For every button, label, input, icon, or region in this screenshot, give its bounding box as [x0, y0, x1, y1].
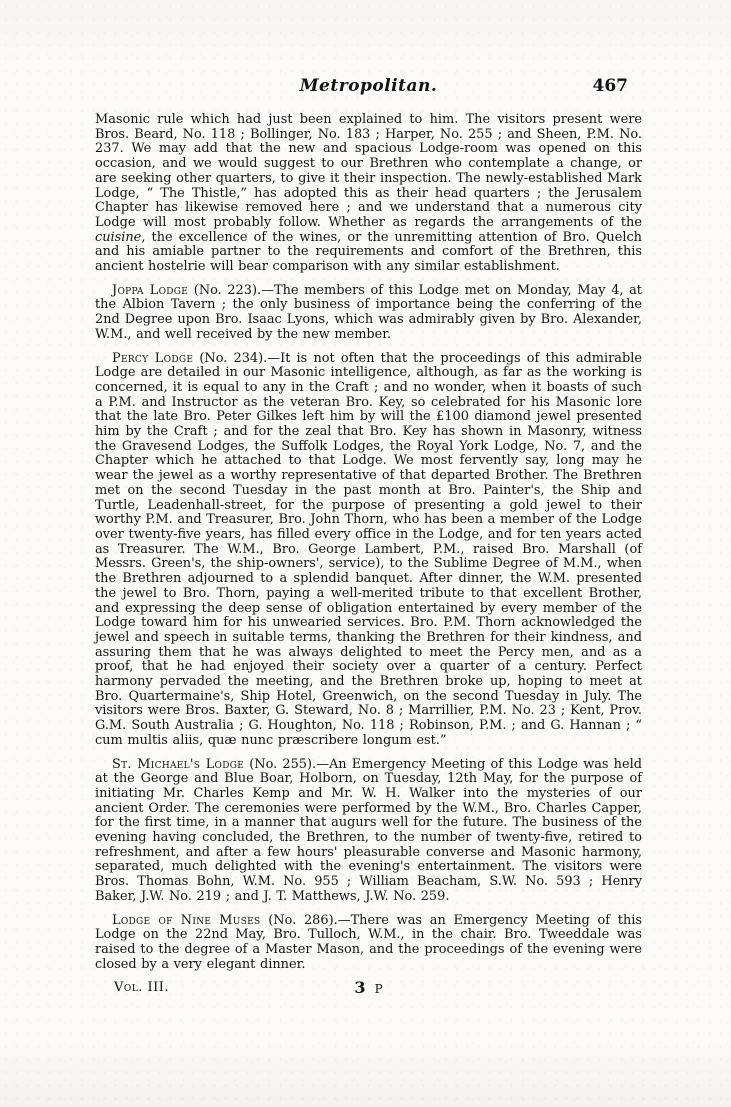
italic-text: cuisine — [95, 230, 141, 245]
paragraph: St. Michael's Lodge (No. 255).—An Emerge… — [95, 758, 642, 905]
page-body: Masonic rule which had just been explain… — [95, 113, 642, 972]
lodge-name: Joppa Lodge — [112, 283, 188, 298]
lodge-name: St. Michael's Lodge — [112, 757, 244, 772]
running-header: Metropolitan. 467 — [95, 76, 642, 98]
page-number: 467 — [593, 76, 629, 96]
text-run: Masonic rule which had just been explain… — [95, 112, 642, 230]
page-title: Metropolitan. — [95, 76, 642, 96]
signature-mark: 3 P — [95, 978, 642, 997]
paragraph: Lodge of Nine Muses (No. 286).—There was… — [95, 914, 642, 973]
document-page: Metropolitan. 467 Masonic rule which had… — [0, 0, 731, 1107]
page-footer: Vol. III. 3 P — [95, 978, 642, 998]
paragraph: Joppa Lodge (No. 223).—The members of th… — [95, 284, 642, 343]
text-run: (No. 234).—It is not often that the proc… — [95, 351, 642, 748]
lodge-name: Lodge of Nine Muses — [112, 913, 261, 928]
paragraph: Percy Lodge (No. 234).—It is not often t… — [95, 352, 642, 749]
signature-letter: P — [370, 982, 383, 996]
signature-number: 3 — [354, 978, 365, 997]
text-run: (No. 255).—An Emergency Meeting of this … — [95, 757, 642, 904]
page-content: Metropolitan. 467 Masonic rule which had… — [95, 76, 642, 998]
text-run: , the excellence of the wines, or the un… — [95, 230, 642, 274]
paragraph: Masonic rule which had just been explain… — [95, 113, 642, 275]
lodge-name: Percy Lodge — [112, 351, 193, 366]
